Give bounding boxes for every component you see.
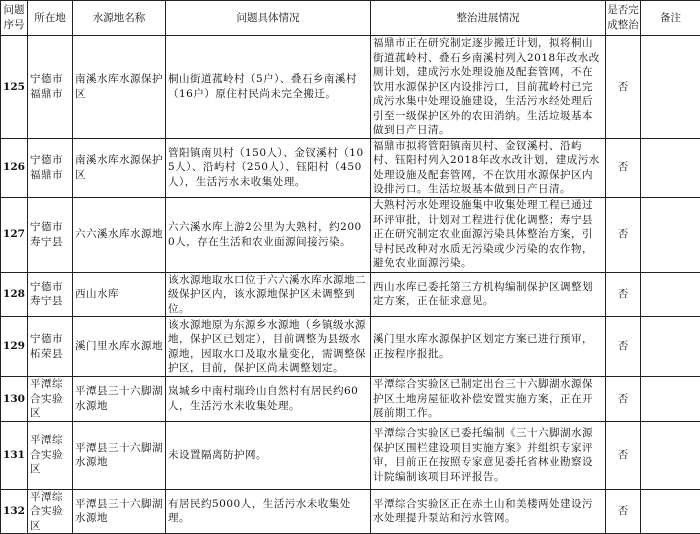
header-progress: 整治进展情况	[371, 1, 606, 36]
cell-problem: 该水源地原为东源乡水源地（乡镇级水源地，保护区已划定），目前调整为县级水源地，因…	[166, 317, 371, 377]
cell-location: 平潭综合实验区	[28, 377, 73, 422]
cell-completed: 否	[606, 197, 641, 272]
header-source-name: 水源地名称	[73, 1, 166, 36]
cell-progress: 福鼎市正在研究制定逐步搬迁计划，拟将桐山街道菰岭村、叠石乡南溪村列入2018年改…	[371, 36, 606, 139]
header-remark: 备注	[641, 1, 700, 36]
cell-source-name: 南溪水库水源保护区	[73, 138, 166, 197]
cell-progress: 福鼎市拟将管阳镇南贝村、金钗溪村、沿屿村、钰阳村列入2018年改水改计划，建成污…	[371, 138, 606, 197]
cell-seq: 129	[1, 317, 28, 377]
header-row: 问题序号 所在地 水源地名称 问题具体情况 整治进展情况 是否完成整治 备注	[1, 1, 700, 36]
table-row: 128 宁德市寿宁县 西山水库 该水源地取水口位于六六溪水库水源地二级保护区内，…	[1, 272, 700, 317]
cell-completed: 否	[606, 317, 641, 377]
table-row: 130 平潭综合实验区 平潭县三十六脚湖水源地 岚城乡中南村瑞玲山自然村有居民约…	[1, 377, 700, 422]
cell-seq: 131	[1, 421, 28, 480]
table-row: 131 平潭综合实验区 平潭县三十六脚湖水源地 未设置隔离防护网。 平潭综合实验…	[1, 421, 700, 480]
cell-problem: 该水源地取水口位于六六溪水库水源地二级保护区内，该水源地保护区未调整到位。	[166, 272, 371, 317]
cell-location: 平潭综合实验区	[28, 421, 73, 480]
cell-completed: 否	[606, 421, 641, 480]
cell-problem: 桐山街道菰岭村（5户）、叠石乡南溪村（16户）原住村民尚未完全搬迁。	[166, 36, 371, 139]
cell-source-name: 西山水库	[73, 272, 166, 317]
cell-progress: 平潭综合实验区已制定出台三十六脚湖水源保护区土地房屋征收补偿安置实施方案，正在开…	[371, 377, 606, 422]
cell-problem: 未设置隔离防护网。	[166, 421, 371, 480]
cell-seq: 127	[1, 197, 28, 272]
cell-seq: 128	[1, 272, 28, 317]
header-completed: 是否完成整治	[606, 1, 641, 36]
cell-remark	[641, 197, 700, 272]
cell-problem: 管阳镇南贝村（150人）、金钗溪村（105人）、沿屿村（250人）、钰阳村（45…	[166, 138, 371, 197]
cell-problem: 六六溪水库上游2公里为大熟村，约2000人，存在生活和农业面源间接污染。	[166, 197, 371, 272]
cell-seq: 130	[1, 377, 28, 422]
cell-source-name: 六六溪水库水源地	[73, 197, 166, 272]
table-row: 125 宁德市福鼎市 南溪水库水源保护区 桐山街道菰岭村（5户）、叠石乡南溪村（…	[1, 36, 700, 139]
cell-remark	[641, 138, 700, 197]
cell-progress: 西山水库已委托第三方机构编制保护区调整划定方案，正在征求意见。	[371, 272, 606, 317]
cell-progress: 平潭综合实验区已委托编制《三十六脚湖水源保护区围栏建设项目实施方案》并组织专家评…	[371, 421, 606, 480]
cell-remark	[641, 377, 700, 422]
cell-progress: 溪门里水库水源保护区划定方案已进行预审，正按程序报批。	[371, 317, 606, 377]
cell-remark	[641, 317, 700, 377]
table-row: 129 宁德市柘荣县 溪门里水库水源地 该水源地原为东源乡水源地（乡镇级水源地，…	[1, 317, 700, 377]
header-problem: 问题具体情况	[166, 1, 371, 36]
water-source-rectification-table: 问题序号 所在地 水源地名称 问题具体情况 整治进展情况 是否完成整治 备注 1…	[0, 0, 700, 480]
cell-source-name: 平潭县三十六脚湖水源地	[73, 377, 166, 422]
cell-source-name: 平潭县三十六脚湖水源地	[73, 421, 166, 480]
cell-problem: 岚城乡中南村瑞玲山自然村有居民约60人，生活污水未收集处理。	[166, 377, 371, 422]
header-location: 所在地	[28, 1, 73, 36]
cell-location: 宁德市福鼎市	[28, 36, 73, 139]
cell-remark	[641, 421, 700, 480]
cell-source-name: 溪门里水库水源地	[73, 317, 166, 377]
table-row: 126 宁德市福鼎市 南溪水库水源保护区 管阳镇南贝村（150人）、金钗溪村（1…	[1, 138, 700, 197]
cell-completed: 否	[606, 138, 641, 197]
cell-location: 宁德市福鼎市	[28, 138, 73, 197]
cell-remark	[641, 272, 700, 317]
cell-location: 宁德市寿宁县	[28, 272, 73, 317]
cell-location: 宁德市柘荣县	[28, 317, 73, 377]
cell-completed: 否	[606, 377, 641, 422]
table-row: 127 宁德市寿宁县 六六溪水库水源地 六六溪水库上游2公里为大熟村，约2000…	[1, 197, 700, 272]
cell-completed: 否	[606, 36, 641, 139]
cell-location: 宁德市寿宁县	[28, 197, 73, 272]
header-seq: 问题序号	[1, 1, 28, 36]
cell-source-name: 南溪水库水源保护区	[73, 36, 166, 139]
cell-remark	[641, 36, 700, 139]
cell-progress: 大熟村污水处理设施集中收集处理工程已通过环评审批，计划对工程进行优化调整；寿宁县…	[371, 197, 606, 272]
cell-completed: 否	[606, 272, 641, 317]
cell-seq: 125	[1, 36, 28, 139]
cell-seq: 126	[1, 138, 28, 197]
